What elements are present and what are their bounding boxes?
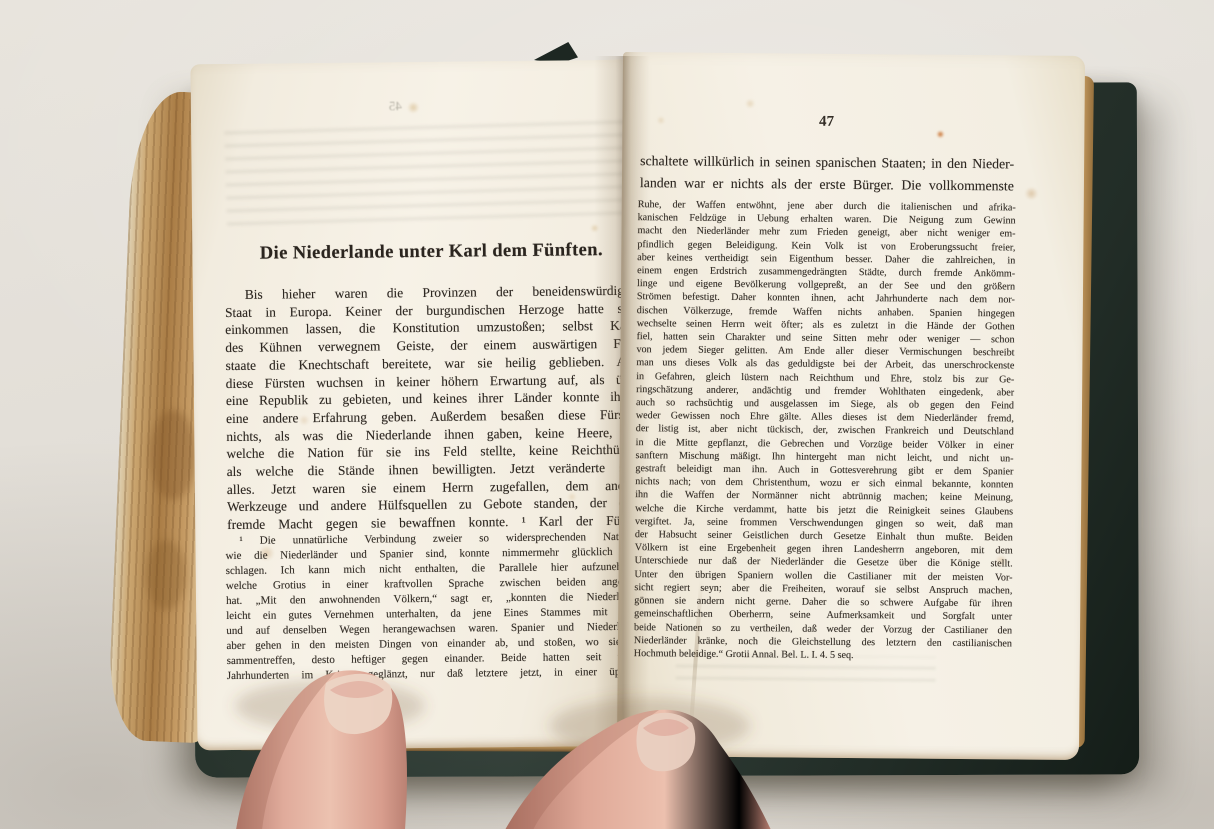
book-photo: 45 Die Niederlande unter Karl dem Fünfte…	[0, 0, 1214, 829]
holding-fingers	[0, 0, 1214, 829]
